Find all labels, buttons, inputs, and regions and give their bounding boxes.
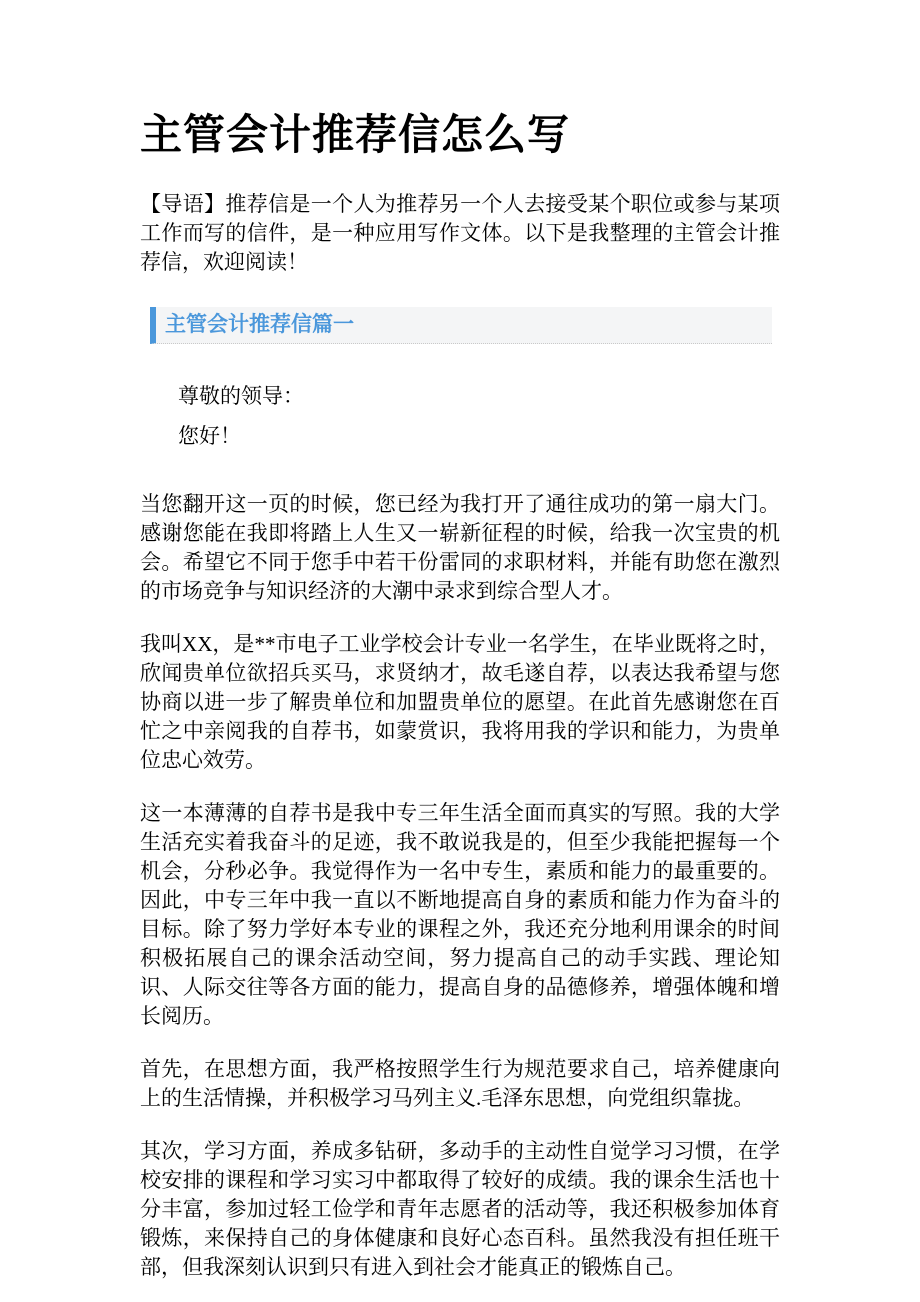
intro-paragraph: 【导语】推荐信是一个人为推荐另一个人去接受某个职位或参与某项工作而写的信件，是一… [140, 190, 780, 277]
salutation-line: 尊敬的领导： [140, 382, 780, 411]
section-header: 主管会计推荐信篇一 [150, 307, 772, 344]
section-header-label: 主管会计推荐信篇一 [165, 313, 354, 336]
greeting-line: 您好！ [140, 422, 780, 451]
document-page: 主管会计推荐信怎么写 【导语】推荐信是一个人为推荐另一个人去接受某个职位或参与某… [0, 0, 920, 1302]
page-title: 主管会计推荐信怎么写 [140, 112, 780, 160]
letter-paragraph: 首先，在思想方面，我严格按照学生行为规范要求自己，培养健康向上的生活情操，并积极… [140, 1055, 780, 1113]
letter-paragraph: 我叫XX，是**市电子工业学校会计专业一名学生，在毕业既将之时，欣闻贵单位欲招兵… [140, 630, 780, 775]
letter-paragraph: 其次，学习方面，养成多钻研，多动手的主动性自觉学习习惯，在学校安排的课程和学习实… [140, 1137, 780, 1282]
letter-paragraph: 这一本薄薄的自荐书是我中专三年生活全面而真实的写照。我的大学生活充实着我奋斗的足… [140, 799, 780, 1031]
letter-paragraph: 当您翻开这一页的时候，您已经为我打开了通往成功的第一扇大门。感谢您能在我即将踏上… [140, 490, 780, 606]
